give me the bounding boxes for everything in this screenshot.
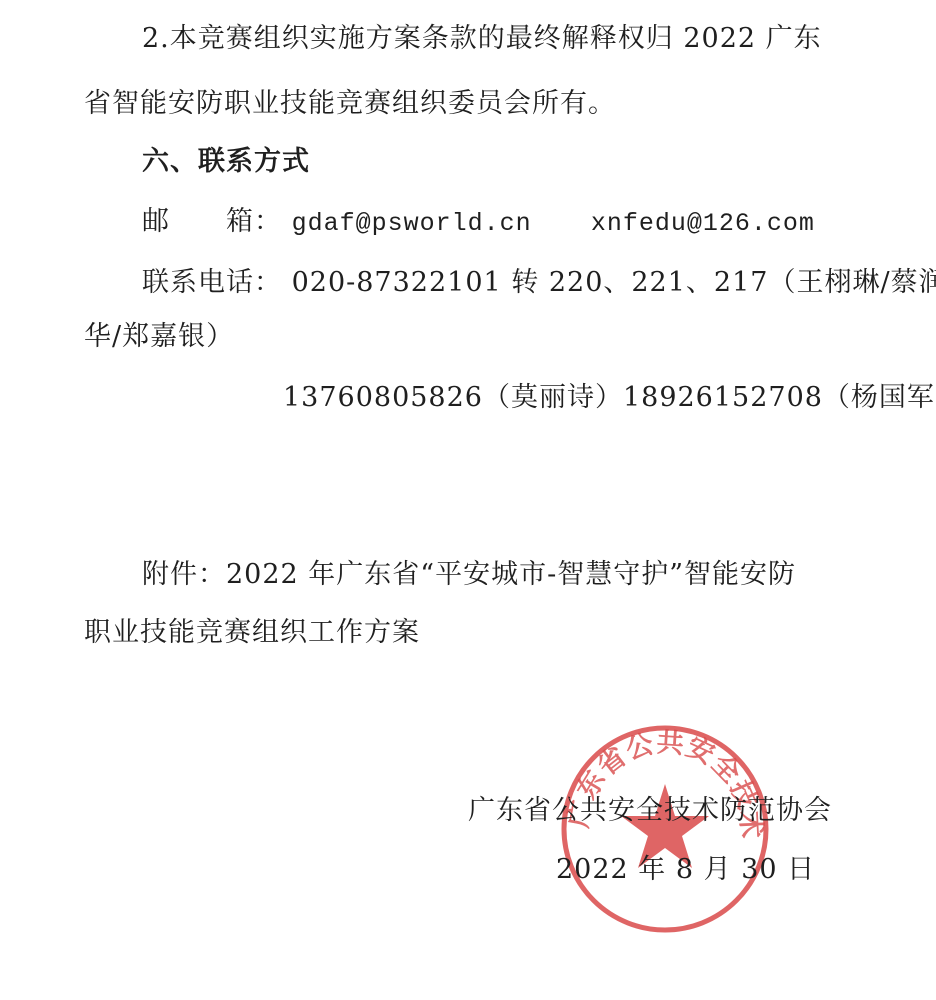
signature-date: 2022 年 8 月 30 日 [556,853,815,887]
email-row: 邮 箱： gdaf@psworld.cn xnfedu@126.com [142,205,815,241]
clause-line-1: 2.本竞赛组织实施方案条款的最终解释权归 2022 广东 [142,22,822,56]
email-2[interactable]: xnfedu@126.com [591,209,815,238]
phone-row: 联系电话： 020-87322101 转 220、221、217（王栩琳/蔡润 [142,266,936,300]
signature-organization: 广东省公共安全技术防范协会 [468,794,832,828]
email-label: 邮 箱： [142,206,282,237]
official-seal-icon: 广东省公共安全技术防范协会 [558,722,772,936]
phone-line-2: 华/郑嘉银） [84,320,234,354]
mobile-line: 13760805826（莫丽诗）18926152708（杨国军） [283,381,936,415]
phone-label: 联系电话： [142,267,282,298]
email-1[interactable]: gdaf@psworld.cn [292,209,532,238]
section-heading: 六、联系方式 [142,145,310,179]
clause-line-2: 省智能安防职业技能竞赛组织委员会所有。 [84,87,616,121]
attachment-line-2: 职业技能竞赛组织工作方案 [84,616,420,650]
attachment-line-1: 附件：2022 年广东省“平安城市-智慧守护”智能安防 [142,558,796,592]
phone-line-1: 020-87322101 转 220、221、217（王栩琳/蔡润 [292,267,936,298]
